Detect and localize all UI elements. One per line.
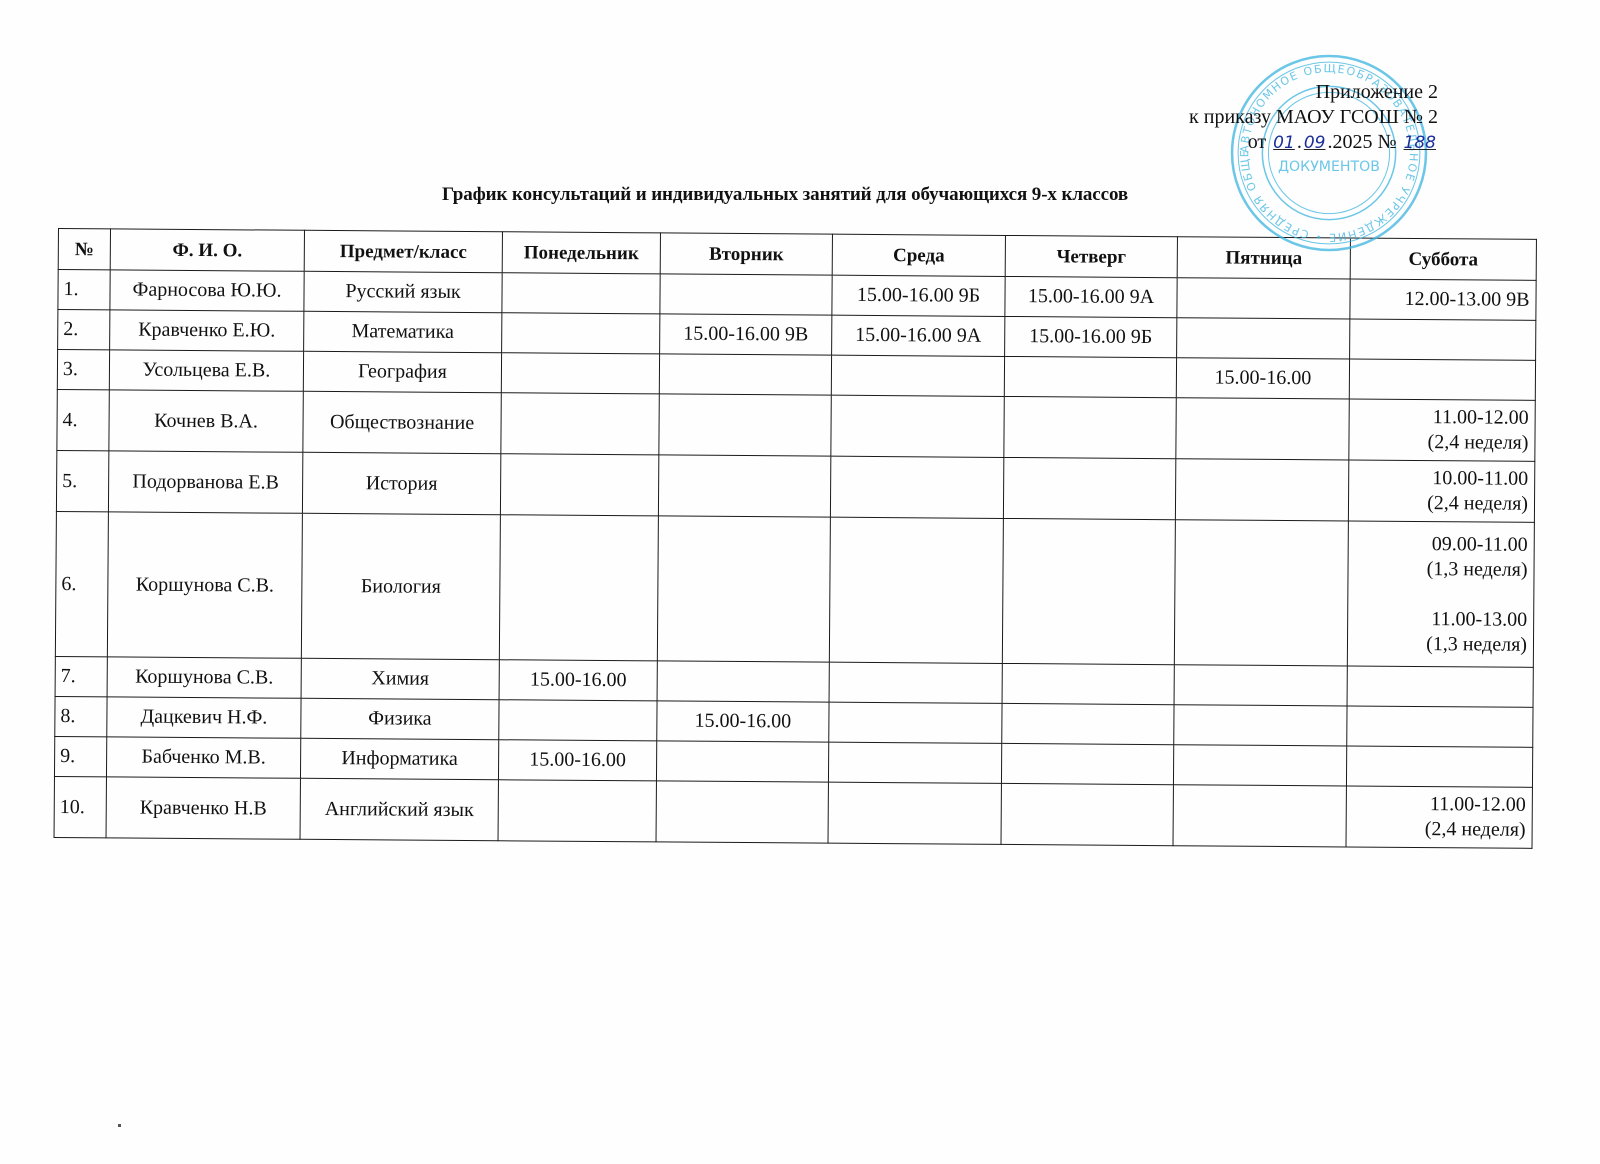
friday-slot: [1174, 665, 1347, 706]
thursday-slot: [1002, 663, 1174, 704]
monday-slot: [499, 515, 658, 661]
saturday-slot: 10.00-11.00 (2,4 неделя): [1348, 460, 1534, 522]
column-header-number: №: [58, 229, 110, 270]
column-header-saturday: Суббота: [1350, 238, 1536, 280]
subject: Физика: [301, 698, 499, 739]
column-header-monday: Понедельник: [502, 232, 660, 274]
thursday-slot: [1003, 457, 1175, 519]
friday-slot: [1173, 785, 1346, 847]
row-number: 7.: [55, 656, 107, 696]
thursday-slot: [1002, 703, 1174, 744]
row-number: 8.: [55, 696, 107, 736]
teacher-name: Дацкевич Н.Ф.: [107, 697, 301, 738]
order-day: 01: [1271, 133, 1297, 153]
friday-slot: [1177, 278, 1350, 319]
saturday-slot: [1347, 706, 1533, 747]
saturday-slot: 11.00-12.00 (2,4 неделя): [1346, 786, 1532, 848]
monday-slot: 15.00-16.00: [499, 660, 657, 701]
row-number: 6.: [55, 511, 108, 656]
friday-slot: [1173, 745, 1346, 786]
column-header-subject: Предмет/класс: [304, 230, 502, 272]
thursday-slot: [1004, 396, 1176, 458]
tuesday-slot: [659, 394, 831, 456]
friday-slot: [1176, 398, 1349, 460]
monday-slot: [502, 313, 660, 354]
teacher-name: Бабченко М.В.: [106, 737, 300, 778]
wednesday-slot: [831, 395, 1004, 457]
order-month: 09: [1302, 133, 1328, 153]
column-header-tuesday: Вторник: [660, 233, 832, 275]
document-title: График консультаций и индивидуальных зан…: [0, 184, 1570, 206]
thursday-slot: 15.00-16.00 9Б: [1005, 316, 1177, 357]
monday-slot: [498, 780, 656, 842]
schedule-table: № Ф. И. О. Предмет/класс Понедельник Вто…: [54, 228, 1537, 849]
saturday-slot: 09.00-11.00 (1,3 неделя) 11.00-13.00 (1,…: [1347, 521, 1534, 667]
column-header-wednesday: Среда: [832, 234, 1005, 276]
order-date-line: от 01.09.2025 № 188: [1189, 130, 1438, 156]
wednesday-slot: [829, 702, 1002, 743]
schedule-table-container: № Ф. И. О. Предмет/класс Понедельник Вто…: [54, 228, 1536, 849]
monday-slot: [502, 273, 660, 314]
subject: География: [303, 351, 501, 392]
tuesday-slot: [659, 354, 831, 395]
friday-slot: [1174, 520, 1348, 666]
table-row: 5.Подорванова Е.ВИстория10.00-11.00 (2,4…: [56, 450, 1534, 522]
tuesday-slot: [660, 274, 832, 315]
row-number: 10.: [54, 776, 106, 837]
saturday-slot: [1346, 746, 1532, 787]
table-row: 6.Коршунова С.В.Биология09.00-11.00 (1,3…: [55, 511, 1534, 667]
wednesday-slot: [828, 742, 1001, 783]
schedule-table-body: 1.Фарносова Ю.Ю.Русский язык15.00-16.00 …: [54, 270, 1536, 849]
tuesday-slot: [657, 516, 830, 662]
monday-slot: [501, 353, 659, 394]
column-header-name: Ф. И. О.: [110, 229, 304, 271]
teacher-name: Фарносова Ю.Ю.: [110, 270, 304, 311]
subject: Математика: [304, 311, 502, 352]
friday-slot: [1175, 459, 1348, 521]
wednesday-slot: [829, 662, 1002, 703]
wednesday-slot: [829, 517, 1003, 663]
table-row: 10.Кравченко Н.ВАнглийский язык11.00-12.…: [54, 776, 1532, 848]
saturday-slot: [1349, 359, 1535, 400]
order-year: .2025 №: [1327, 131, 1396, 153]
teacher-name: Кравченко Н.В: [106, 777, 300, 839]
friday-slot: 15.00-16.00: [1176, 358, 1349, 399]
teacher-name: Коршунова С.В.: [107, 657, 301, 698]
subject: Английский язык: [300, 778, 498, 840]
row-number: 2.: [58, 310, 110, 350]
subject: История: [302, 452, 500, 514]
monday-slot: [501, 393, 659, 455]
saturday-slot: 11.00-12.00 (2,4 неделя): [1349, 399, 1535, 461]
teacher-name: Усольцева Е.В.: [109, 350, 303, 391]
monday-slot: 15.00-16.00: [498, 740, 656, 781]
wednesday-slot: [828, 782, 1001, 844]
teacher-name: Коршунова С.В.: [107, 512, 302, 658]
teacher-name: Кравченко Е.Ю.: [110, 310, 304, 351]
appendix-label: Приложение 2: [1189, 80, 1438, 105]
row-number: 5.: [56, 450, 108, 511]
column-header-thursday: Четверг: [1005, 235, 1177, 277]
tuesday-slot: [657, 661, 829, 702]
wednesday-slot: 15.00-16.00 9А: [832, 315, 1005, 356]
monday-slot: [500, 454, 658, 516]
saturday-slot: 12.00-13.00 9В: [1350, 279, 1536, 320]
subject: Химия: [301, 658, 499, 699]
wednesday-slot: [830, 456, 1003, 518]
table-row: 4.Кочнев В.А.Обществознание11.00-12.00 (…: [57, 389, 1535, 461]
teacher-name: Кочнев В.А.: [109, 390, 303, 452]
thursday-slot: [1004, 356, 1176, 397]
subject: Обществознание: [303, 391, 501, 453]
svg-text:ДОКУМЕНТОВ: ДОКУМЕНТОВ: [1278, 159, 1380, 175]
row-number: 4.: [57, 389, 109, 450]
thursday-slot: [1002, 518, 1175, 664]
subject: Биология: [301, 513, 500, 659]
wednesday-slot: 15.00-16.00 9Б: [832, 275, 1005, 316]
document-page: АВТОНОМНОЕ ОБЩЕОБРАЗОВАТЕЛЬНОЕ УЧРЕЖДЕНИ…: [0, 0, 1600, 1164]
appendix-header: Приложение 2 к приказу МАОУ ГСОШ № 2 от …: [1189, 80, 1438, 156]
order-date-prefix: от: [1248, 131, 1266, 153]
thursday-slot: [1001, 743, 1173, 784]
row-number: 3.: [57, 350, 109, 390]
row-number: 1.: [58, 270, 110, 310]
wednesday-slot: [831, 355, 1004, 396]
tuesday-slot: 15.00-16.00: [657, 701, 829, 742]
tuesday-slot: [656, 741, 828, 782]
saturday-slot: [1347, 666, 1533, 707]
column-header-friday: Пятница: [1177, 237, 1350, 279]
thursday-slot: [1001, 783, 1173, 845]
friday-slot: [1177, 318, 1350, 359]
order-reference: к приказу МАОУ ГСОШ № 2: [1189, 105, 1438, 130]
subject: Русский язык: [304, 271, 502, 312]
subject: Информатика: [300, 738, 498, 779]
monday-slot: [499, 700, 657, 741]
tuesday-slot: 15.00-16.00 9В: [660, 314, 832, 355]
row-number: 9.: [54, 736, 106, 776]
teacher-name: Подорванова Е.В: [108, 451, 302, 513]
thursday-slot: 15.00-16.00 9А: [1005, 276, 1177, 317]
friday-slot: [1174, 705, 1347, 746]
order-number: 188: [1402, 133, 1438, 153]
saturday-slot: [1350, 319, 1536, 360]
tuesday-slot: [656, 781, 828, 843]
scan-speck: [118, 1124, 121, 1127]
tuesday-slot: [658, 455, 830, 517]
